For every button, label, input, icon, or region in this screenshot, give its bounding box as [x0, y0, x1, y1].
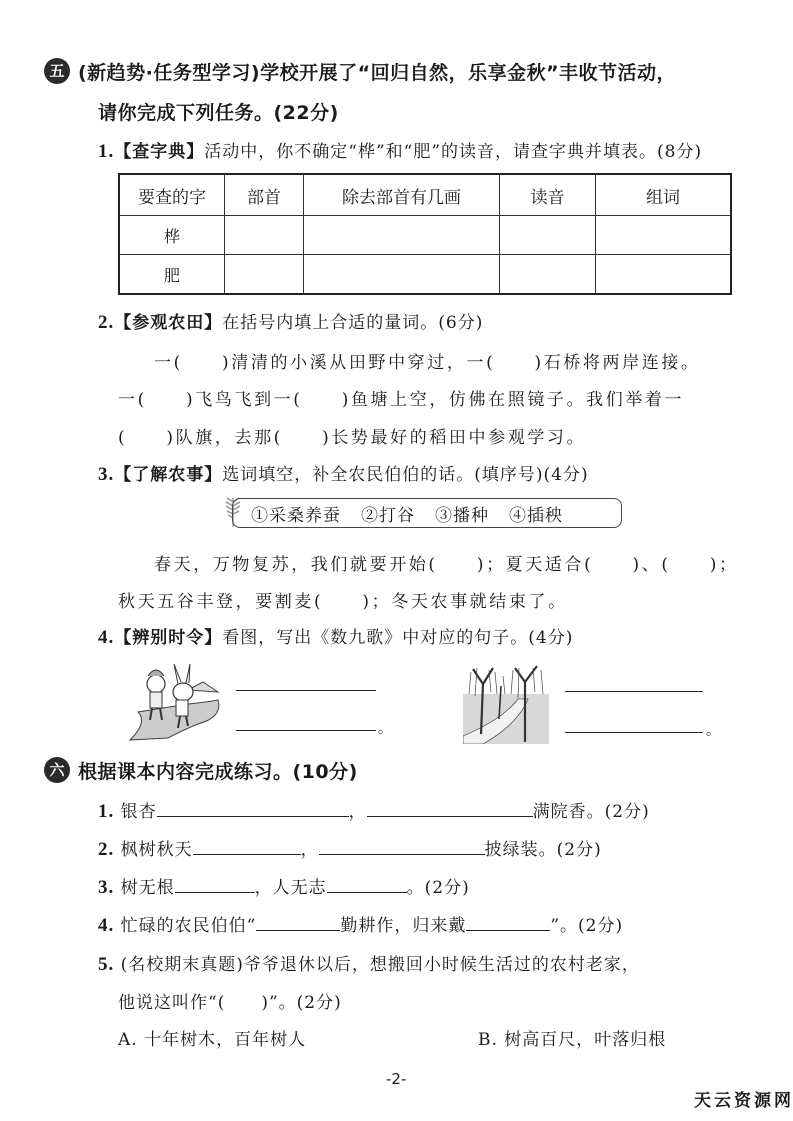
item-text: 树无根	[121, 878, 175, 898]
answer-blank[interactable]	[193, 838, 301, 855]
dictionary-table: 要查的字 部首 除去部首有几画 读音 组词 桦 肥	[118, 173, 732, 295]
item-text: 忙碌的农民伯伯“	[121, 916, 257, 936]
item-text: ”。(2分)	[550, 916, 623, 936]
question-text: (名校期末真题)爷爷退休以后，想搬回小时候生活过的农村老家，	[121, 955, 640, 975]
answer-cell-word[interactable]	[596, 255, 732, 295]
item-text: 勤耕作，归来戴	[340, 916, 466, 936]
question-5: 5. (名校期末真题)爷爷退休以后，想搬回小时候生活过的农村老家，	[98, 950, 640, 976]
question-number: 3.	[98, 464, 114, 485]
item-text: 披绿装。(2分)	[485, 840, 602, 860]
section-badge-6: 六	[44, 757, 70, 783]
question-tag: 【查字典】	[114, 142, 204, 162]
table-cell-char: 肥	[119, 255, 225, 295]
table-header: 除去部首有几画	[304, 174, 500, 216]
question-number: 2.	[98, 839, 114, 860]
recall-item-3: 3. 树无根，人无志。(2分)	[98, 873, 470, 899]
answer-line[interactable]	[565, 691, 703, 692]
end-period: 。	[378, 718, 392, 738]
fill-line[interactable]: 一( )清清的小溪从田野中穿过，一( )石桥将两岸连接。	[154, 348, 701, 373]
fill-line[interactable]: ( )队旗，去那( )长势最好的稻田中参观学习。	[118, 423, 586, 448]
question-number: 3.	[98, 877, 114, 898]
fill-line[interactable]: 一( )飞鸟飞到一( )鱼塘上空，仿佛在照镜子。我们举着一	[118, 385, 684, 410]
question-5-line2[interactable]: 他说这叫作“( )”。(2分)	[118, 988, 342, 1013]
item-text: 枫树秋天	[121, 840, 193, 860]
answer-blank[interactable]	[175, 876, 255, 893]
section-badge-5: 五	[44, 58, 70, 84]
word-option: ③播种	[435, 501, 489, 526]
question-text: 选词填空，补全农民伯伯的话。(填序号)(4分)	[222, 465, 588, 485]
item-text: 银杏	[121, 802, 157, 822]
fill-line[interactable]: 春天，万物复苏，我们就要开始( )；夏天适合( )、( )；	[154, 550, 739, 575]
word-option: ②打谷	[361, 501, 415, 526]
answer-cell-word[interactable]	[596, 216, 732, 255]
table-header: 组词	[596, 174, 732, 216]
answer-blank[interactable]	[256, 914, 340, 931]
spring-willow-image	[463, 664, 549, 744]
answer-line[interactable]	[236, 730, 376, 731]
question-tag: 【了解农事】	[114, 465, 222, 485]
answer-line[interactable]	[565, 732, 703, 733]
word-option: ④插秧	[509, 501, 563, 526]
option-b[interactable]: B. 树高百尺，叶落归根	[478, 1025, 666, 1050]
option-a[interactable]: A. 十年树木，百年树人	[118, 1025, 306, 1050]
table-header: 要查的字	[119, 174, 225, 216]
answer-cell-pinyin[interactable]	[500, 255, 596, 295]
question-number: 2.	[98, 312, 114, 333]
question-2: 2.【参观农田】在括号内填上合适的量词。(6分)	[98, 308, 483, 334]
answer-cell-radical[interactable]	[225, 216, 304, 255]
table-header: 读音	[500, 174, 596, 216]
question-4: 4.【辨别时令】看图，写出《数九歌》中对应的句子。(4分)	[98, 623, 573, 649]
question-text: 看图，写出《数九歌》中对应的句子。(4分)	[222, 628, 573, 648]
answer-blank[interactable]	[466, 914, 550, 931]
table-cell-char: 桦	[119, 216, 225, 255]
answer-cell-strokes[interactable]	[304, 255, 500, 295]
item-text: ，	[349, 802, 367, 822]
item-text: ，	[301, 840, 319, 860]
question-tag: 【参观农田】	[114, 313, 222, 333]
item-text: 。(2分)	[407, 878, 470, 898]
item-text: ，人无志	[255, 878, 327, 898]
answer-cell-radical[interactable]	[225, 255, 304, 295]
question-number: 1.	[98, 801, 114, 822]
word-option: ①采桑养蚕	[251, 501, 341, 526]
question-1: 1.【查字典】活动中，你不确定“桦”和“肥”的读音，请查字典并填表。(8分)	[98, 137, 702, 163]
watermark: 天云资源网	[694, 1086, 793, 1111]
question-number: 4.	[98, 627, 114, 648]
answer-line[interactable]	[236, 690, 376, 691]
item-text: 满院香。(2分)	[533, 802, 650, 822]
table-header: 部首	[225, 174, 304, 216]
recall-item-2: 2. 枫树秋天，披绿装。(2分)	[98, 835, 602, 861]
table-row: 桦	[119, 216, 731, 255]
question-text: 在括号内填上合适的量词。(6分)	[222, 313, 483, 333]
question-text: 活动中，你不确定“桦”和“肥”的读音，请查字典并填表。(8分)	[204, 142, 702, 162]
answer-blank[interactable]	[157, 800, 349, 817]
answer-blank[interactable]	[319, 838, 485, 855]
answer-cell-strokes[interactable]	[304, 216, 500, 255]
recall-item-4: 4. 忙碌的农民伯伯“勤耕作，归来戴”。(2分)	[98, 911, 623, 937]
fill-line[interactable]: 秋天五谷丰登，要割麦( )；冬天农事就结束了。	[118, 587, 568, 612]
end-period: 。	[706, 720, 720, 740]
recall-item-1: 1. 银杏，满院香。(2分)	[98, 797, 650, 823]
section5-title-line1: (新趋势·任务型学习)学校开展了“回归自然，乐享金秋”丰收节活动，	[78, 58, 676, 85]
question-number: 1.	[98, 141, 114, 162]
winter-skating-image	[128, 662, 228, 744]
question-tag: 【辨别时令】	[114, 628, 222, 648]
word-options-box: ①采桑养蚕 ②打谷 ③播种 ④插秧	[232, 498, 622, 528]
table-row: 肥	[119, 255, 731, 295]
question-3: 3.【了解农事】选词填空，补全农民伯伯的话。(填序号)(4分)	[98, 460, 589, 486]
question-number: 4.	[98, 915, 114, 936]
answer-blank[interactable]	[367, 800, 533, 817]
section6-title: 根据课本内容完成练习。(10分)	[78, 757, 358, 784]
answer-cell-pinyin[interactable]	[500, 216, 596, 255]
answer-blank[interactable]	[327, 876, 407, 893]
table-header-row: 要查的字 部首 除去部首有几画 读音 组词	[119, 174, 731, 216]
section5-title-line2: 请你完成下列任务。(22分)	[98, 98, 339, 125]
page-number: -2-	[386, 1070, 406, 1088]
question-number: 5.	[98, 954, 114, 975]
